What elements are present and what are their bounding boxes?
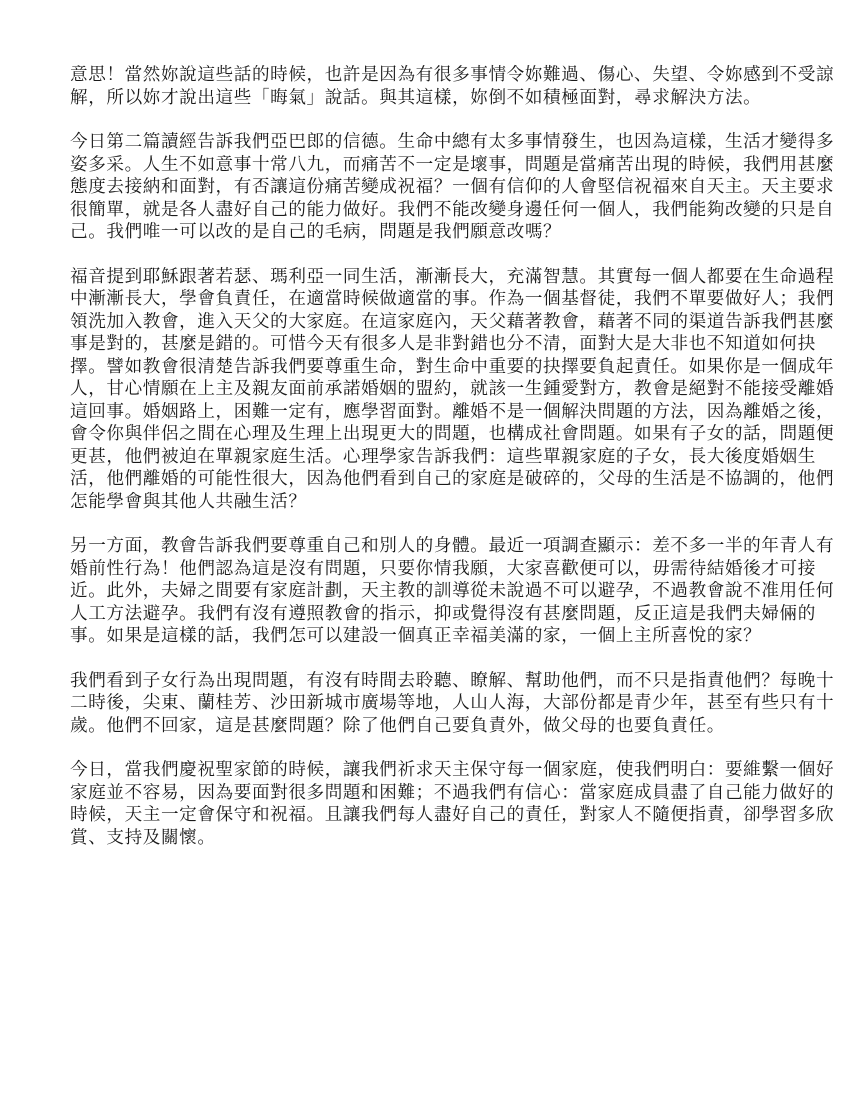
text-line: 擇。譬如教會很清楚告訴我們要尊重生命，對生命中重要的抉擇要負起責任。如果你是一個… bbox=[70, 356, 775, 379]
text-line: 人，甘心情願在上主及親友面前承諾婚姻的盟約，就該一生鍾愛對方，教會是絕對不能接受… bbox=[70, 378, 775, 401]
document-page: 意思！當然妳說這些話的時候，也許是因為有很多事情令妳難過、傷心、失望、令妳感到不… bbox=[70, 64, 775, 871]
text-line: 婚前性行為！他們認為這是沒有問題，只要你情我願，大家喜歡便可以，毋需待結婚後才可… bbox=[70, 558, 775, 581]
text-line: 解，所以妳才說出這些「晦氣」說話。與其這樣，妳倒不如積極面對，尋求解決方法。 bbox=[70, 87, 775, 110]
text-line: 事是對的，甚麼是錯的。可惜今天有很多人是非對錯也分不清，面對大是大非也不知道如何… bbox=[70, 333, 775, 356]
text-line: 今日第二篇讀經告訴我們亞巴郎的信德。生命中總有太多事情發生，也因為這樣，生活才變… bbox=[70, 131, 775, 154]
text-line: 我們看到子女行為出現問題，有沒有時間去聆聽、瞭解、幫助他們，而不只是指責他們？每… bbox=[70, 670, 775, 693]
text-line: 賞、支持及關懷。 bbox=[70, 827, 775, 850]
text-line: 很簡單，就是各人盡好自己的能力做好。我們不能改變身邊任何一個人，我們能夠改變的只… bbox=[70, 199, 775, 222]
text-line: 這回事。婚姻路上，困難一定有，應學習面對。離婚不是一個解決問題的方法，因為離婚之… bbox=[70, 401, 775, 424]
text-line: 歲。他們不回家，這是甚麼問題？除了他們自己要負責外，做父母的也要負責任。 bbox=[70, 715, 775, 738]
text-line: 另一方面，教會告訴我們要尊重自己和別人的身體。最近一項調查顯示：差不多一半的年青… bbox=[70, 535, 775, 558]
text-line: 態度去接納和面對，有否讓這份痛苦變成祝福？一個有信仰的人會堅信祝福來自天主。天主… bbox=[70, 176, 775, 199]
paragraph-4: 另一方面，教會告訴我們要尊重自己和別人的身體。最近一項調查顯示：差不多一半的年青… bbox=[70, 535, 775, 648]
text-line: 時候，天主一定會保守和祝福。且讓我們每人盡好自己的責任，對家人不隨便指責，卻學習… bbox=[70, 804, 775, 827]
text-line: 福音提到耶穌跟著若瑟、瑪利亞一同生活，漸漸長大，充滿智慧。其實每一個人都要在生命… bbox=[70, 266, 775, 289]
text-line: 今日，當我們慶祝聖家節的時候，讓我們祈求天主保守每一個家庭，使我們明白：要維繫一… bbox=[70, 759, 775, 782]
text-line: 近。此外，夫婦之間要有家庭計劃，天主教的訓導從未說過不可以避孕，不過教會說不准用… bbox=[70, 580, 775, 603]
paragraph-3: 福音提到耶穌跟著若瑟、瑪利亞一同生活，漸漸長大，充滿智慧。其實每一個人都要在生命… bbox=[70, 266, 775, 514]
text-line: 中漸漸長大，學會負責任，在適當時候做適當的事。作為一個基督徒，我們不單要做好人；… bbox=[70, 288, 775, 311]
text-line: 己。我們唯一可以改的是自己的毛病，問題是我們願意改嗎？ bbox=[70, 221, 775, 244]
text-line: 活，他們離婚的可能性很大，因為他們看到自己的家庭是破碎的，父母的生活是不協調的，… bbox=[70, 468, 775, 491]
paragraph-5: 我們看到子女行為出現問題，有沒有時間去聆聽、瞭解、幫助他們，而不只是指責他們？每… bbox=[70, 670, 775, 738]
text-line: 會令你與伴侶之間在心理及生理上出現更大的問題，也構成社會問題。如果有子女的話，問… bbox=[70, 423, 775, 446]
paragraph-2: 今日第二篇讀經告訴我們亞巴郎的信德。生命中總有太多事情發生，也因為這樣，生活才變… bbox=[70, 131, 775, 244]
text-line: 怎能學會與其他人共融生活？ bbox=[70, 491, 775, 514]
paragraph-1: 意思！當然妳說這些話的時候，也許是因為有很多事情令妳難過、傷心、失望、令妳感到不… bbox=[70, 64, 775, 109]
text-line: 意思！當然妳說這些話的時候，也許是因為有很多事情令妳難過、傷心、失望、令妳感到不… bbox=[70, 64, 775, 87]
text-line: 姿多采。人生不如意事十常八九，而痛苦不一定是壞事，問題是當痛苦出現的時候，我們用… bbox=[70, 154, 775, 177]
paragraph-6: 今日，當我們慶祝聖家節的時候，讓我們祈求天主保守每一個家庭，使我們明白：要維繫一… bbox=[70, 759, 775, 849]
text-line: 二時後，尖東、蘭桂芳、沙田新城市廣場等地，人山人海，大部份都是青少年，甚至有些只… bbox=[70, 692, 775, 715]
text-line: 人工方法避孕。我們有沒有遵照教會的指示，抑或覺得沒有甚麼問題，反正這是我們夫婦倆… bbox=[70, 603, 775, 626]
text-line: 更甚，他們被迫在單親家庭生活。心理學家告訴我們：這些單親家庭的子女，長大後度婚姻… bbox=[70, 446, 775, 469]
text-line: 事。如果是這樣的話，我們怎可以建設一個真正幸福美滿的家，一個上主所喜悅的家？ bbox=[70, 625, 775, 648]
text-line: 家庭並不容易，因為要面對很多問題和困難；不過我們有信心：當家庭成員盡了自己能力做… bbox=[70, 782, 775, 805]
text-line: 領洗加入教會，進入天父的大家庭。在這家庭內，天父藉著教會，藉著不同的渠道告訴我們… bbox=[70, 311, 775, 334]
